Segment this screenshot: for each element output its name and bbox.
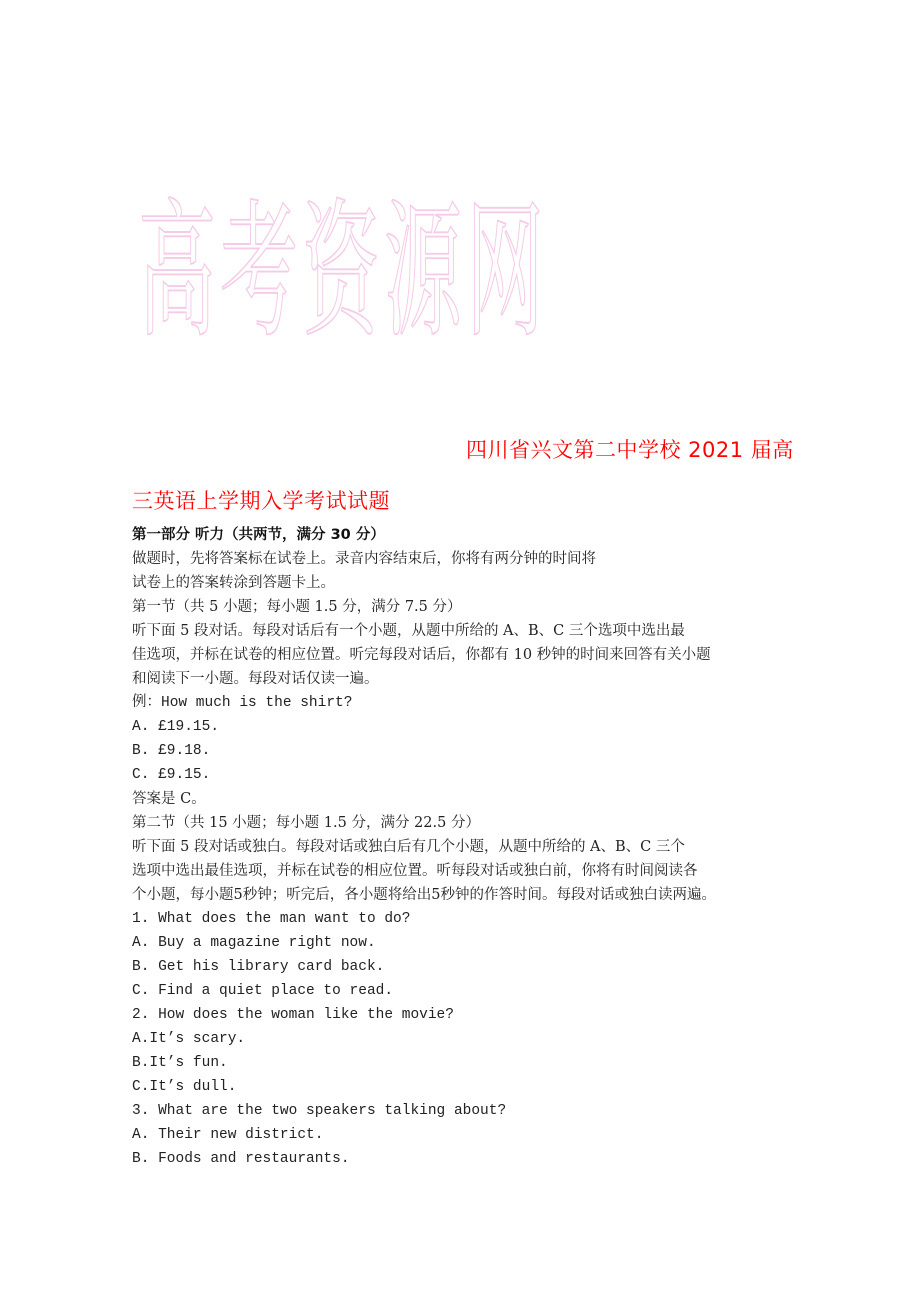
section2-instruction-line: 个小题，每小题5秒钟；听完后，各小题将给出5秒钟的作答时间。每段对话或独白读两遍… <box>132 883 812 907</box>
question-2-option-a: A.It’s scary. <box>132 1027 812 1051</box>
section2-instruction-line: 选项中选出最佳选项，并标在试卷的相应位置。听每段对话或独白前，你将有时间阅读各 <box>132 859 812 883</box>
part1-instruction-line: 试卷上的答案转涂到答题卡上。 <box>132 571 812 595</box>
section1-instruction-line: 听下面 5 段对话。每段对话后有一个小题，从题中所给的 A、B、C 三个选项中选… <box>132 619 812 643</box>
section2-instruction-line: 听下面 5 段对话或独白。每段对话或独白后有几个小题，从题中所给的 A、B、C … <box>132 835 812 859</box>
example-option-a: A. £19.15. <box>132 715 812 739</box>
question-1-option-a: A. Buy a magazine right now. <box>132 931 812 955</box>
watermark-text: 高考资源网 <box>138 70 478 450</box>
question-1-option-c: C. Find a quiet place to read. <box>132 979 812 1003</box>
document-title-line-2: 三英语上学期入学考试试题 <box>132 485 390 515</box>
question-1-option-b: B. Get his library card back. <box>132 955 812 979</box>
part1-heading: 第一部分 听力（共两节，满分 30 分） <box>132 523 812 547</box>
question-2-stem: 2. How does the woman like the movie? <box>132 1003 812 1027</box>
section1-heading: 第一节（共 5 小题；每小题 1.5 分，满分 7.5 分） <box>132 595 812 619</box>
question-2-option-b: B.It’s fun. <box>132 1051 812 1075</box>
part1-instruction-line: 做题时，先将答案标在试卷上。录音内容结束后，你将有两分钟的时间将 <box>132 547 812 571</box>
section1-instruction-line: 和阅读下一小题。每段对话仅读一遍。 <box>132 667 812 691</box>
example-answer: 答案是 C。 <box>132 787 812 811</box>
example-option-c: C. £9.15. <box>132 763 812 787</box>
section2-heading: 第二节（共 15 小题；每小题 1.5 分，满分 22.5 分） <box>132 811 812 835</box>
question-1-stem: 1. What does the man want to do? <box>132 907 812 931</box>
question-3-stem: 3. What are the two speakers talking abo… <box>132 1099 812 1123</box>
example-question: 例：How much is the shirt? <box>132 691 812 715</box>
question-2-option-c: C.It’s dull. <box>132 1075 812 1099</box>
question-3-option-b: B. Foods and restaurants. <box>132 1147 812 1171</box>
document-title-line-1: 四川省兴文第二中学校 2021 届高 <box>466 434 794 464</box>
section1-instruction-line: 佳选项，并标在试卷的相应位置。听完每段对话后，你都有 10 秒钟的时间来回答有关… <box>132 643 812 667</box>
question-3-option-a: A. Their new district. <box>132 1123 812 1147</box>
example-option-b: B. £9.18. <box>132 739 812 763</box>
document-body: 第一部分 听力（共两节，满分 30 分） 做题时，先将答案标在试卷上。录音内容结… <box>132 523 812 1171</box>
